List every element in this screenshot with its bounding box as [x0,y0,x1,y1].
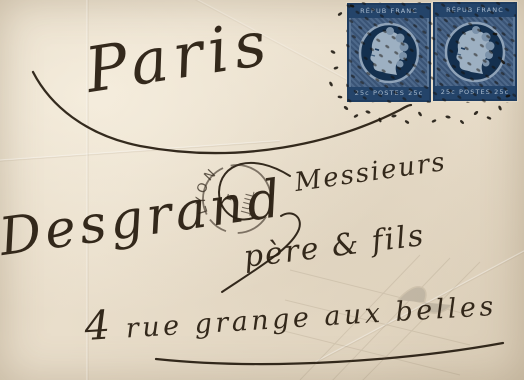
ceres-head-icon [357,21,421,85]
stamp-inscription-bottom: 25c POSTES 25c [349,87,429,100]
postage-stamp-left: RÉPUB FRANC 25c POSTES 25c [347,3,431,102]
ceres-head-icon [443,20,507,84]
stamp-vignette [435,17,515,86]
stamp-inscription-top: RÉPUB FRANC [349,5,429,18]
letter-cover: RÉPUB FRANC 25c POSTES 25c RÉPUB FRANC [0,0,524,380]
stamp-inscription-top: RÉPUB FRANC [435,4,515,17]
stamp-inscription-bottom: 25c POSTES 25c [435,86,515,99]
stamp-vignette [349,18,429,87]
postage-stamp-right: RÉPUB FRANC 25c POSTES 25c [433,2,517,101]
